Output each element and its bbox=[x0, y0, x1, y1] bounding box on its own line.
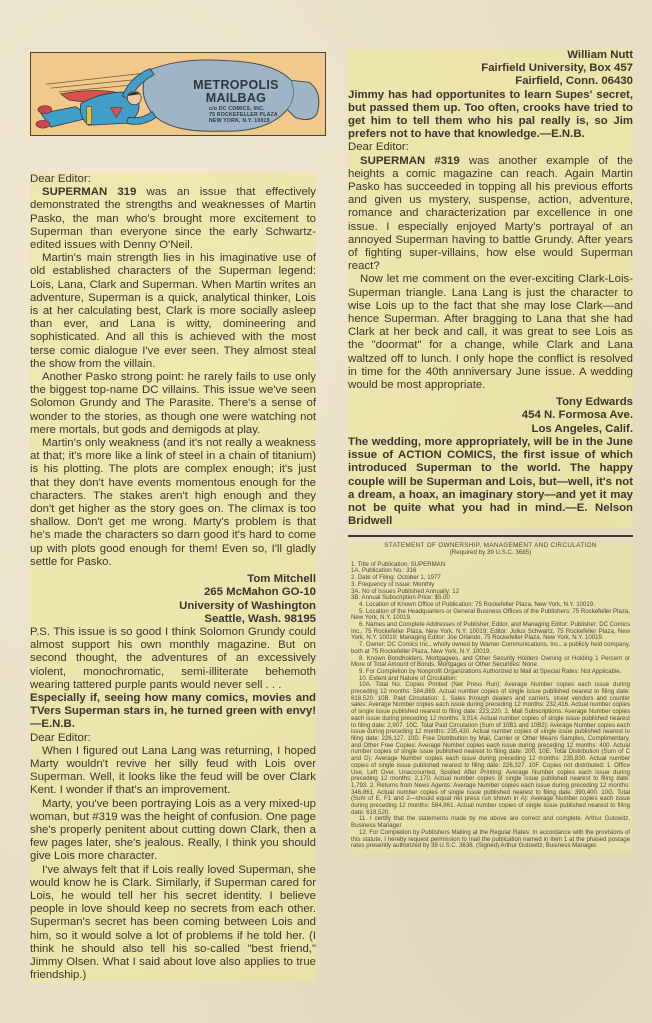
statement-item: 11. I certify that the statements made b… bbox=[351, 816, 630, 829]
letter-paragraph: Martin's only weakness (and it's not rea… bbox=[30, 437, 316, 569]
letter-paragraph: Now let me comment on the ever-exciting … bbox=[348, 273, 633, 392]
letter-paragraph: SUPERMAN 319 was an issue that effective… bbox=[30, 186, 316, 252]
signature-address: 265 McMahon GO-10 bbox=[30, 586, 316, 599]
address-line: NEW YORK, N.Y. 10019 bbox=[209, 118, 278, 124]
letter-tony-edwards: Dear Editor: SUPERMAN #319 was another e… bbox=[348, 141, 633, 528]
mailbag-address: c/o DC COMICS, INC. 75 ROCKEFELLER PLAZA… bbox=[209, 106, 278, 124]
salutation: Dear Editor: bbox=[30, 173, 316, 186]
signature-name: Tony Edwards bbox=[348, 396, 633, 409]
statement-item: 10A. Total No. Copies Printed (Net Press… bbox=[351, 682, 630, 816]
letter-paragraph: Martin's main strength lies in his imagi… bbox=[30, 252, 316, 371]
statement-item: 12. For Completion by Publishers Mailing… bbox=[351, 830, 630, 850]
issue-reference: SUPERMAN 319 bbox=[42, 186, 136, 198]
letter-paragraph: SUPERMAN #319 was another example of the… bbox=[348, 155, 633, 274]
statement-of-ownership: STATEMENT OF OWNERSHIP, MANAGEMENT AND C… bbox=[348, 543, 633, 854]
signature-address: University of Washington bbox=[30, 600, 316, 613]
letter-paragraph: When I figured out Lana Lang was returni… bbox=[30, 745, 316, 798]
letter-paragraph: I've always felt that if Lois really lov… bbox=[30, 864, 316, 983]
letter-signature: Tony Edwards 454 N. Formosa Ave. Los Ang… bbox=[348, 396, 633, 436]
statement-subtitle: (Required by 39 U.S.C. 3685) bbox=[351, 550, 630, 557]
section-divider bbox=[348, 535, 633, 537]
editor-reply: Especially if, seeing how many comics, m… bbox=[30, 692, 316, 732]
signature-address: 454 N. Formosa Ave. bbox=[348, 409, 633, 422]
letter-signature: William Nutt Fairfield University, Box 4… bbox=[348, 49, 633, 89]
signature-address: Seattle, Wash. 98195 bbox=[30, 613, 316, 626]
comic-letters-page: METROPOLIS MAILBAG c/o DC COMICS, INC. 7… bbox=[0, 0, 652, 1023]
metropolis-mailbag-header: METROPOLIS MAILBAG c/o DC COMICS, INC. 7… bbox=[30, 52, 326, 136]
signature-address: Fairfield University, Box 457 bbox=[348, 62, 633, 75]
mailbag-title: METROPOLIS MAILBAG bbox=[181, 79, 291, 105]
statement-item: 8. Known Bondholders, Mortgagees, and Ot… bbox=[351, 656, 630, 669]
letter-tom-mitchell: Dear Editor: SUPERMAN 319 was an issue t… bbox=[30, 173, 316, 732]
salutation: Dear Editor: bbox=[30, 732, 316, 745]
letter-paragraph: Marty, you've been portraying Lois as a … bbox=[30, 798, 316, 864]
postscript: P.S. This issue is so good I think Solom… bbox=[30, 626, 316, 692]
signature-address: Los Angeles, Calif. bbox=[348, 423, 633, 436]
salutation: Dear Editor: bbox=[348, 141, 633, 154]
signature-name: William Nutt bbox=[348, 49, 633, 62]
statement-item: 7. Owner: DC Comics Inc., wholly owned b… bbox=[351, 642, 630, 655]
letter-paragraph: Another Pasko strong point: he rarely fa… bbox=[30, 371, 316, 437]
signature-address: Fairfield, Conn. 06430 bbox=[348, 75, 633, 88]
editor-reply: The wedding, more appropriately, will be… bbox=[348, 436, 633, 528]
left-column: Dear Editor: SUPERMAN 319 was an issue t… bbox=[30, 173, 316, 982]
right-column: William Nutt Fairfield University, Box 4… bbox=[348, 49, 633, 854]
letter-william-nutt-continued: William Nutt Fairfield University, Box 4… bbox=[348, 49, 633, 141]
issue-reference: SUPERMAN #319 bbox=[360, 155, 460, 167]
mailbag-title-line2: MAILBAG bbox=[181, 92, 291, 105]
letter-william-nutt: Dear Editor: When I figured out Lana Lan… bbox=[30, 732, 316, 983]
statement-item: 5. Location of the Headquarters or Gener… bbox=[351, 609, 630, 622]
letter-signature: Tom Mitchell 265 McMahon GO-10 Universit… bbox=[30, 573, 316, 626]
editor-reply: Jimmy has had opportunites to learn Supe… bbox=[348, 89, 633, 142]
statement-item: 6. Names and Complete Addresses of Publi… bbox=[351, 622, 630, 642]
signature-name: Tom Mitchell bbox=[30, 573, 316, 586]
